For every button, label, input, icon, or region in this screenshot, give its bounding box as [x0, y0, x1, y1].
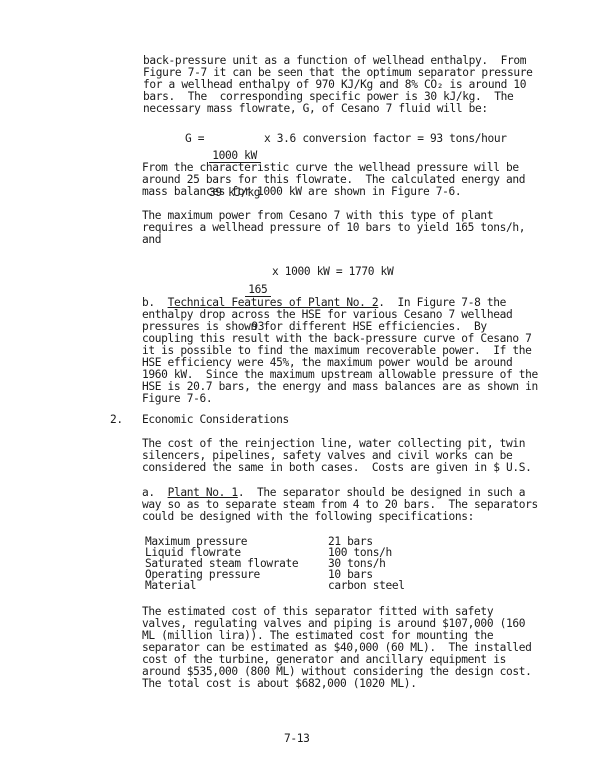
text-line: Figure 7-6.: [142, 393, 212, 405]
spec-label: Material: [145, 580, 196, 592]
text-line: necessary mass flowrate, G, of Cesano 7 …: [143, 103, 488, 115]
text-line: The total cost is about $682,000 (1020 M…: [142, 678, 417, 690]
formula-rhs: x 1000 kW = 1770 kW: [272, 266, 393, 278]
formula-lhs: G =: [185, 133, 204, 145]
text-line: considered the same in both cases. Costs…: [142, 462, 532, 474]
text-line: could be designed with the following spe…: [142, 511, 474, 523]
text-line: and: [142, 234, 161, 246]
text-line: mass balances for 1000 kW are shown in F…: [142, 186, 461, 198]
spec-value: carbon steel: [328, 580, 405, 592]
page-number: 7-13: [284, 733, 310, 745]
text-line: requires a wellhead pressure of 10 bars …: [142, 222, 525, 234]
section-heading: Economic Considerations: [142, 414, 289, 426]
section-number: 2.: [110, 414, 123, 426]
formula-rhs: x 3.6 conversion factor = 93 tons/hour: [264, 133, 507, 145]
